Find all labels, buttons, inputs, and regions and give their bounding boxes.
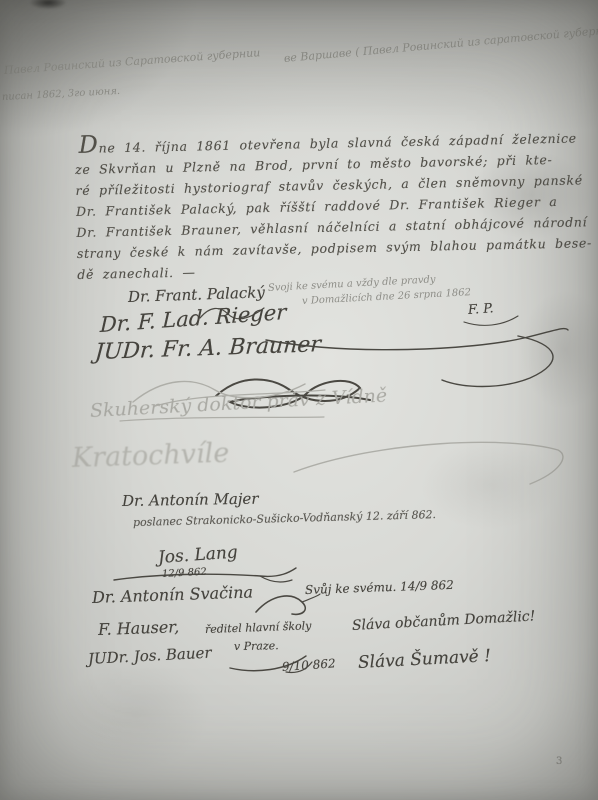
hauser-slogan: Sláva občanům Domažlic! (352, 608, 536, 634)
svacina-motto: Svůj ke svému. 14/9 862 (305, 578, 454, 597)
paper-smudge (60, 660, 210, 770)
signature-svacina: Dr. Antonín Svačina (92, 582, 254, 607)
signature-hauser: F. Hauser, (98, 617, 180, 639)
signature-lang: Jos. Lang (157, 542, 238, 568)
bauer-slogan: Sláva Šumavě ! (357, 646, 491, 673)
page-number: 3 (556, 756, 562, 767)
skuhersky-strike (118, 414, 328, 424)
lang-date: 12/9 862 (162, 567, 207, 580)
signature-kratochvile: Kratochvíle (71, 438, 229, 474)
bauer-date: 9/10 862 (282, 656, 337, 674)
memorial-paragraph: Dne 14. října 1861 otevřena byla slavná … (74, 127, 592, 285)
signature-bauer: JUDr. Jos. Bauer (88, 644, 212, 668)
kratochvile-tail-flourish (290, 432, 570, 502)
hauser-title-line1: ředitel hlavní školy (205, 619, 312, 636)
memorial-book-page-photo: ве Варшаве ( Павел Ровинский из саратовс… (0, 0, 598, 800)
majer-title: poslanec Strakonicko-Sušicko-Vodňanský 1… (133, 508, 436, 529)
signature-majer: Dr. Antonín Majer (122, 490, 259, 510)
